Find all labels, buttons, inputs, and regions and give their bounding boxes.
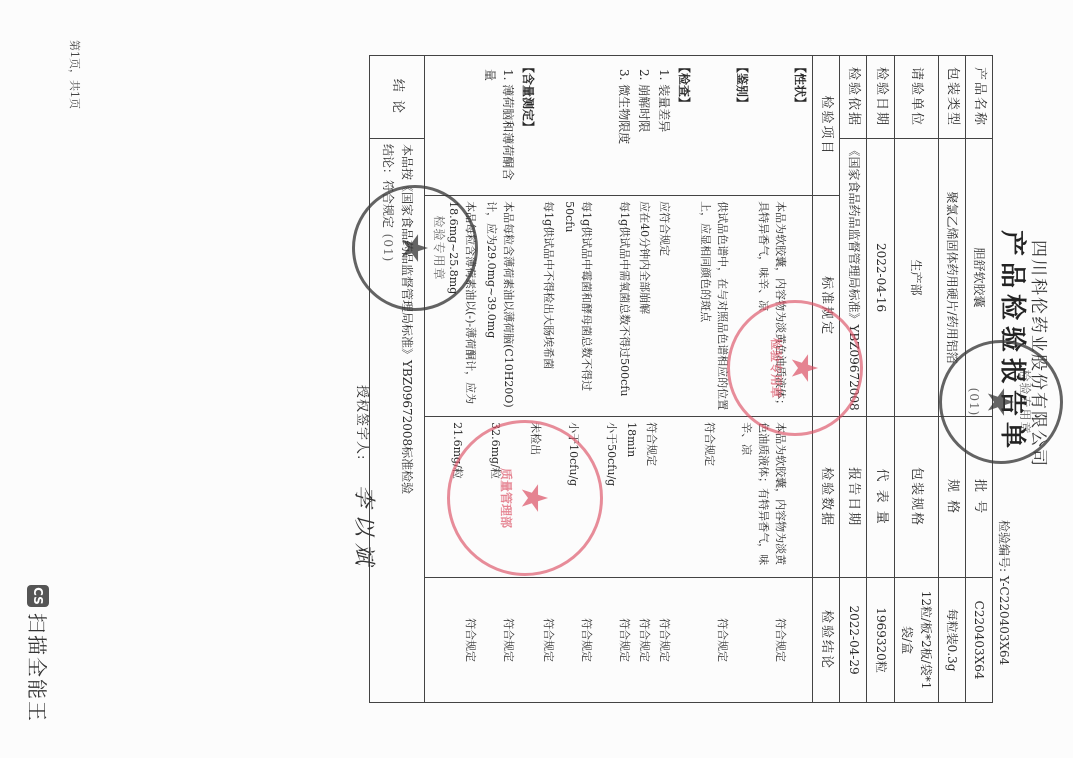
spacer <box>517 201 537 411</box>
spacer <box>517 583 537 697</box>
info-row: 包装类型 聚氯乙烯固体药用硬片/药用铝箔 规 格 每粒装0.3g <box>938 56 965 703</box>
result-value: 符合规定 <box>557 583 595 697</box>
items-cell: 【性状】【鉴别】【检查】1. 装量差异2. 崩解时限3. 微生物限度【含量测定】… <box>424 56 812 196</box>
data-value: 未检出 <box>524 422 544 572</box>
data-value: 符合规定 <box>680 422 718 572</box>
sample-qty-label: 代 表 量 <box>867 417 894 578</box>
data-value: 32.6mg/粒 <box>466 422 504 572</box>
result-value: 符合规定 <box>537 583 557 697</box>
results-cell: 符合规定符合规定符合规定符合规定符合规定符合规定符合规定符合规定符合规定 <box>424 578 812 703</box>
page-number: 第1页，共1页 <box>67 40 83 109</box>
data-value: 本品为软胶囊，内容物为淡黄色油质液体；有特异香气，味辛、凉 <box>738 422 789 572</box>
spacer <box>673 201 693 411</box>
data-value: 小于50cfu/g <box>582 422 620 572</box>
spec-label: 规 格 <box>938 417 965 578</box>
report-date: 2022-04-29 <box>840 578 867 703</box>
data-value: 符合规定 <box>640 422 660 572</box>
section-title: 【鉴别】 <box>731 61 751 190</box>
spacer <box>718 422 738 572</box>
batch-label: 批 号 <box>965 417 992 578</box>
info-row: 产品名称 胆舒软胶囊 批 号 C220403X64 <box>965 56 992 703</box>
result-value: 符合规定 <box>595 583 633 697</box>
col-result: 检验结论 <box>813 578 840 703</box>
product-name: 胆舒软胶囊 <box>965 139 992 417</box>
spacer <box>789 583 809 697</box>
inspect-date-label: 检验日期 <box>867 56 894 139</box>
data-value: 小于10cfu/g <box>544 422 582 572</box>
test-item <box>751 61 789 190</box>
data-cell: 本品为软胶囊，内容物为淡黄色油质液体；有特异香气，味辛、凉符合规定符合规定18m… <box>424 417 812 578</box>
info-row: 请验单位 生产部 包装规格 12粒/板*2板/袋*1袋/盒 <box>894 56 938 703</box>
results-body: 【性状】【鉴别】【检查】1. 装量差异2. 崩解时限3. 微生物限度【含量测定】… <box>424 56 812 703</box>
report-date-label: 报告日期 <box>840 417 867 578</box>
info-row: 检验日期 2022-04-16 代 表 量 1969320粒 <box>867 56 894 703</box>
standard-text: 每1g供试品中不得检出大肠埃希菌 <box>537 201 557 411</box>
signer-label: 授权签字人: <box>354 385 373 460</box>
requester-label: 请验单位 <box>894 56 938 139</box>
conclusion-verdict: 结论：符合规定 <box>378 144 397 697</box>
product-name-label: 产品名称 <box>965 56 992 139</box>
test-item <box>537 61 557 190</box>
result-value: 符合规定 <box>633 583 653 697</box>
document-page: 四川科伦药业股份有限公司 产品检验报告单 检验编号: Y-C220403X64 … <box>0 0 1073 758</box>
test-item: 1. 装量差异 <box>653 61 673 190</box>
data-value: 18min <box>620 422 640 572</box>
package-value: 聚氯乙烯固体药用硬片/药用铝箔 <box>938 139 965 417</box>
section-title: 【检查】 <box>673 61 693 190</box>
section-title: 【性状】 <box>789 61 809 190</box>
conclusion-label: 结 论 <box>369 56 424 139</box>
info-row: 检验依据 《国家食品药品监督管理局标准》YBZ09672008 报告日期 202… <box>840 56 867 703</box>
test-item <box>557 61 595 190</box>
standard-text: 应在40分钟内全部崩解 <box>633 201 653 411</box>
test-item <box>693 61 731 190</box>
test-item: 3. 微生物限度 <box>595 61 633 190</box>
report-number: 检验编号: Y-C220403X64 <box>996 520 1013 665</box>
spacer <box>673 583 693 697</box>
col-data: 检验数据 <box>813 417 840 578</box>
conclusion-row: 结 论 本品按《国家食品药品监督管理局标准》YBZ09672008标准检验 结论… <box>369 56 424 703</box>
data-value: 21.6mg/粒 <box>428 422 466 572</box>
standard-text: 每1g供试品中需氧菌总数不得过500cfu <box>595 201 633 411</box>
standard-text: 本品每粒含薄荷素油以(-)-薄荷酮计，应为18.6mg~25.8mg <box>441 201 479 411</box>
inspect-date: 2022-04-16 <box>867 139 894 417</box>
test-item: 1. 薄荷脑和薄荷酮含量 <box>479 61 517 190</box>
standard-text: 每1g供试品中霉菌和酵母菌总数不得过50cfu <box>557 201 595 411</box>
result-value: 符合规定 <box>441 583 479 697</box>
package-label: 包装类型 <box>938 56 965 139</box>
col-item: 检验项目 <box>813 56 840 196</box>
test-item: 2. 崩解时限 <box>633 61 653 190</box>
spec-value: 每粒装0.3g <box>938 578 965 703</box>
spacer <box>504 422 524 572</box>
result-value: 符合规定 <box>693 583 731 697</box>
conclusion-cell: 本品按《国家食品药品监督管理局标准》YBZ09672008标准检验 结论：符合规… <box>369 139 424 703</box>
conclusion-text: 本品按《国家食品药品监督管理局标准》YBZ09672008标准检验 <box>397 144 416 697</box>
column-header-row: 检验项目 标准规定 检验数据 检验结论 <box>813 56 840 703</box>
spacer <box>731 201 751 411</box>
standards-cell: 本品为软胶囊，内容物为淡黄色油质液体；具特异香气，味辛、凉供试品色谱中，在与对照… <box>424 196 812 417</box>
spacer <box>731 583 751 697</box>
pack-spec-label: 包装规格 <box>894 417 938 578</box>
spacer <box>660 422 680 572</box>
result-value: 符合规定 <box>751 583 789 697</box>
inspection-table: 产品名称 胆舒软胶囊 批 号 C220403X64 包装类型 聚氯乙烯固体药用硬… <box>369 55 993 703</box>
test-item <box>441 61 479 190</box>
basis-value: 《国家食品药品监督管理局标准》YBZ09672008 <box>840 139 867 417</box>
app-name: 扫描全能王 <box>24 613 53 723</box>
batch-value: C220403X64 <box>965 578 992 703</box>
standard-text: 供试品色谱中，在与对照品色谱相应的位置上，应显相同颜色的斑点 <box>693 201 731 411</box>
document-title: 产品检验报告单 <box>996 230 1033 454</box>
spacer <box>789 201 809 411</box>
camscanner-watermark: CS 扫描全能王 <box>24 585 53 723</box>
basis-label: 检验依据 <box>840 56 867 139</box>
pack-spec-value: 12粒/板*2板/袋*1袋/盒 <box>894 578 938 703</box>
standard-text: 本品为软胶囊，内容物为淡黄色油质液体；具特异香气，味辛、凉 <box>751 201 789 411</box>
signature: 李 以 斌 <box>350 485 381 565</box>
result-value: 符合规定 <box>479 583 517 697</box>
standard-text: 应符合规定 <box>653 201 673 411</box>
section-title: 【含量测定】 <box>517 61 537 190</box>
sample-qty: 1969320粒 <box>867 578 894 703</box>
col-standard: 标准规定 <box>813 196 840 417</box>
standard-text: 本品每粒含薄荷素油以薄荷脑(C10H20O)计，应为29.0mg~39.0mg <box>479 201 517 411</box>
requester-value: 生产部 <box>894 139 938 417</box>
spacer <box>789 422 809 572</box>
cs-logo-icon: CS <box>28 585 50 607</box>
result-value: 符合规定 <box>653 583 673 697</box>
